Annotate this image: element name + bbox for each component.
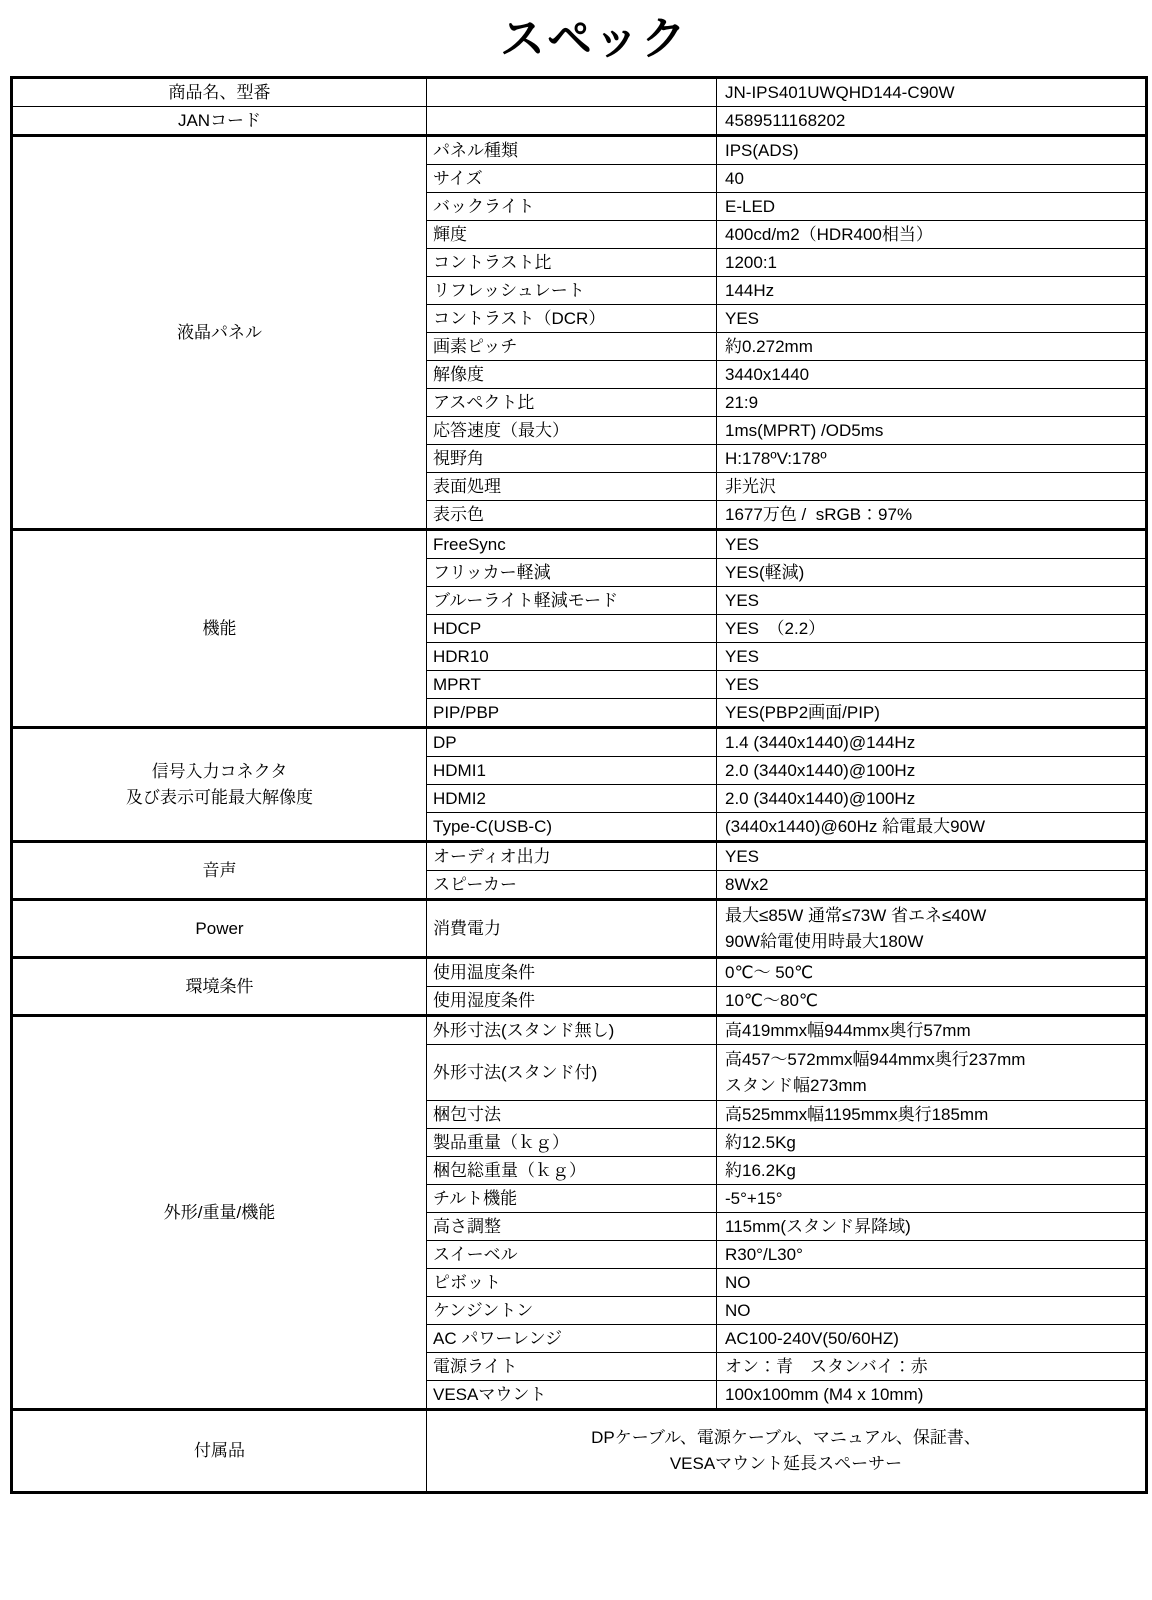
spec-label-cell: フリッカー軽減 [427, 559, 717, 587]
spec-value-cell: 1677万色 / sRGB：97% [717, 501, 1147, 530]
spec-value-cell: 最大≤85W 通常≤73W 省エネ≤40W 90W給電使用時最大180W [717, 900, 1147, 958]
spec-label-cell: スピーカー [427, 871, 717, 900]
spec-value-cell: JN-IPS401UWQHD144-C90W [717, 78, 1147, 107]
spec-label-cell: HDMI1 [427, 757, 717, 785]
spec-value-cell: YES [717, 671, 1147, 699]
spec-value-cell: YES （2.2） [717, 615, 1147, 643]
spec-value-cell: 約16.2Kg [717, 1157, 1147, 1185]
category-cell: 環境条件 [12, 958, 427, 1016]
table-row: 信号入力コネクタ 及び表示可能最大解像度 DP 1.4 (3440x1440)@… [12, 728, 1147, 757]
spec-label-cell: 外形寸法(スタンド付) [427, 1045, 717, 1101]
spec-value-cell: 1200:1 [717, 249, 1147, 277]
spec-value-cell: IPS(ADS) [717, 136, 1147, 165]
table-row: 付属品 DPケーブル、電源ケーブル、マニュアル、保証書、 VESAマウント延長ス… [12, 1410, 1147, 1493]
spec-label-cell [427, 78, 717, 107]
category-cell: 機能 [12, 530, 427, 728]
spec-value-cell: E-LED [717, 193, 1147, 221]
spec-label-cell: 視野角 [427, 445, 717, 473]
spec-value-cell: 3440x1440 [717, 361, 1147, 389]
spec-value-cell: 8Wx2 [717, 871, 1147, 900]
spec-label-cell: 表面処理 [427, 473, 717, 501]
spec-value-cell: 1.4 (3440x1440)@144Hz [717, 728, 1147, 757]
spec-label-cell: 使用温度条件 [427, 958, 717, 987]
spec-label-cell: コントラスト（DCR） [427, 305, 717, 333]
spec-value-cell: 400cd/m2（HDR400相当） [717, 221, 1147, 249]
spec-value-cell: AC100-240V(50/60HZ) [717, 1325, 1147, 1353]
spec-label-cell: アスペクト比 [427, 389, 717, 417]
category-cell: 信号入力コネクタ 及び表示可能最大解像度 [12, 728, 427, 842]
spec-label-cell: ピボット [427, 1269, 717, 1297]
spec-label-cell: 外形寸法(スタンド無し) [427, 1016, 717, 1045]
spec-value-cell: 4589511168202 [717, 107, 1147, 136]
category-cell: 音声 [12, 842, 427, 900]
spec-page: { "title": "スペック", "sections": [ { "cate… [0, 0, 1152, 1600]
spec-label-cell: リフレッシュレート [427, 277, 717, 305]
spec-value-cell: 高419mmx幅944mmx奥行57mm [717, 1016, 1147, 1045]
spec-value-cell: R30°/L30° [717, 1241, 1147, 1269]
spec-value-cell: DPケーブル、電源ケーブル、マニュアル、保証書、 VESAマウント延長スペーサー [427, 1410, 1147, 1493]
spec-label-cell: サイズ [427, 165, 717, 193]
spec-label-cell: DP [427, 728, 717, 757]
spec-label-cell: ブルーライト軽減モード [427, 587, 717, 615]
spec-label-cell [427, 107, 717, 136]
spec-value-cell: 10℃～80℃ [717, 987, 1147, 1016]
table-row: 機能 FreeSync YES [12, 530, 1147, 559]
page-title: スペック [500, 16, 688, 61]
spec-value-cell: YES [717, 587, 1147, 615]
spec-label-cell: スイーベル [427, 1241, 717, 1269]
spec-value-cell: YES [717, 842, 1147, 871]
spec-label-cell: FreeSync [427, 530, 717, 559]
table-row: 商品名、型番 JN-IPS401UWQHD144-C90W [12, 78, 1147, 107]
category-cell: JANコード [12, 107, 427, 136]
spec-label-cell: MPRT [427, 671, 717, 699]
spec-value-cell: 1ms(MPRT) /OD5ms [717, 417, 1147, 445]
spec-label-cell: 輝度 [427, 221, 717, 249]
spec-label-cell: VESAマウント [427, 1381, 717, 1410]
table-row: JANコード 4589511168202 [12, 107, 1147, 136]
table-row: 音声 オーディオ出力 YES [12, 842, 1147, 871]
spec-label-cell: ケンジントン [427, 1297, 717, 1325]
spec-label-cell: 高さ調整 [427, 1213, 717, 1241]
spec-label-cell: 画素ピッチ [427, 333, 717, 361]
spec-value-cell: H:178ºV:178º [717, 445, 1147, 473]
spec-value-cell: 21:9 [717, 389, 1147, 417]
category-cell: 液晶パネル [12, 136, 427, 530]
spec-label-cell: 消費電力 [427, 900, 717, 958]
table-row: 外形/重量/機能 外形寸法(スタンド無し) 高419mmx幅944mmx奥行57… [12, 1016, 1147, 1045]
spec-label-cell: 電源ライト [427, 1353, 717, 1381]
spec-value-cell: (3440x1440)@60Hz 給電最大90W [717, 813, 1147, 842]
spec-value-cell: 100x100mm (M4 x 10mm) [717, 1381, 1147, 1410]
spec-label-cell: HDR10 [427, 643, 717, 671]
spec-label-cell: 応答速度（最大） [427, 417, 717, 445]
category-cell: 商品名、型番 [12, 78, 427, 107]
spec-value-cell: 144Hz [717, 277, 1147, 305]
spec-label-cell: 梱包寸法 [427, 1101, 717, 1129]
spec-value-cell: オン：青 スタンバイ：赤 [717, 1353, 1147, 1381]
spec-value-cell: 2.0 (3440x1440)@100Hz [717, 785, 1147, 813]
spec-value-cell: YES [717, 643, 1147, 671]
spec-label-cell: Type-C(USB-C) [427, 813, 717, 842]
table-row: 液晶パネル パネル種類 IPS(ADS) [12, 136, 1147, 165]
spec-value-cell: 2.0 (3440x1440)@100Hz [717, 757, 1147, 785]
spec-label-cell: 梱包総重量（ｋｇ） [427, 1157, 717, 1185]
table-row: 環境条件 使用温度条件 0℃～ 50℃ [12, 958, 1147, 987]
spec-value-cell: 40 [717, 165, 1147, 193]
spec-value-cell: -5°+15° [717, 1185, 1147, 1213]
spec-value-cell: 非光沢 [717, 473, 1147, 501]
spec-value-cell: 0℃～ 50℃ [717, 958, 1147, 987]
spec-label-cell: コントラスト比 [427, 249, 717, 277]
spec-value-cell: 115mm(スタンド昇降域) [717, 1213, 1147, 1241]
page-header: スペック [0, 0, 1152, 76]
spec-value-cell: NO [717, 1269, 1147, 1297]
spec-value-cell: NO [717, 1297, 1147, 1325]
category-cell: 付属品 [12, 1410, 427, 1493]
spec-label-cell: パネル種類 [427, 136, 717, 165]
spec-label-cell: 表示色 [427, 501, 717, 530]
spec-label-cell: PIP/PBP [427, 699, 717, 728]
category-cell: 外形/重量/機能 [12, 1016, 427, 1410]
category-cell: Power [12, 900, 427, 958]
spec-label-cell: 使用湿度条件 [427, 987, 717, 1016]
spec-value-cell: 約12.5Kg [717, 1129, 1147, 1157]
spec-label-cell: チルト機能 [427, 1185, 717, 1213]
spec-value-cell: YES [717, 305, 1147, 333]
spec-label-cell: HDCP [427, 615, 717, 643]
spec-value-cell: 高457～572mmx幅944mmx奥行237mm スタンド幅273mm [717, 1045, 1147, 1101]
spec-label-cell: 製品重量（ｋｇ） [427, 1129, 717, 1157]
table-row: Power 消費電力 最大≤85W 通常≤73W 省エネ≤40W 90W給電使用… [12, 900, 1147, 958]
spec-label-cell: HDMI2 [427, 785, 717, 813]
spec-label-cell: バックライト [427, 193, 717, 221]
spec-label-cell: AC パワーレンジ [427, 1325, 717, 1353]
spec-label-cell: 解像度 [427, 361, 717, 389]
spec-value-cell: YES(軽減) [717, 559, 1147, 587]
spec-value-cell: YES [717, 530, 1147, 559]
spec-value-cell: 約0.272mm [717, 333, 1147, 361]
spec-table: 商品名、型番 JN-IPS401UWQHD144-C90W JANコード 458… [10, 76, 1148, 1494]
spec-value-cell: 高525mmx幅1195mmx奥行185mm [717, 1101, 1147, 1129]
spec-label-cell: オーディオ出力 [427, 842, 717, 871]
spec-value-cell: YES(PBP2画面/PIP) [717, 699, 1147, 728]
